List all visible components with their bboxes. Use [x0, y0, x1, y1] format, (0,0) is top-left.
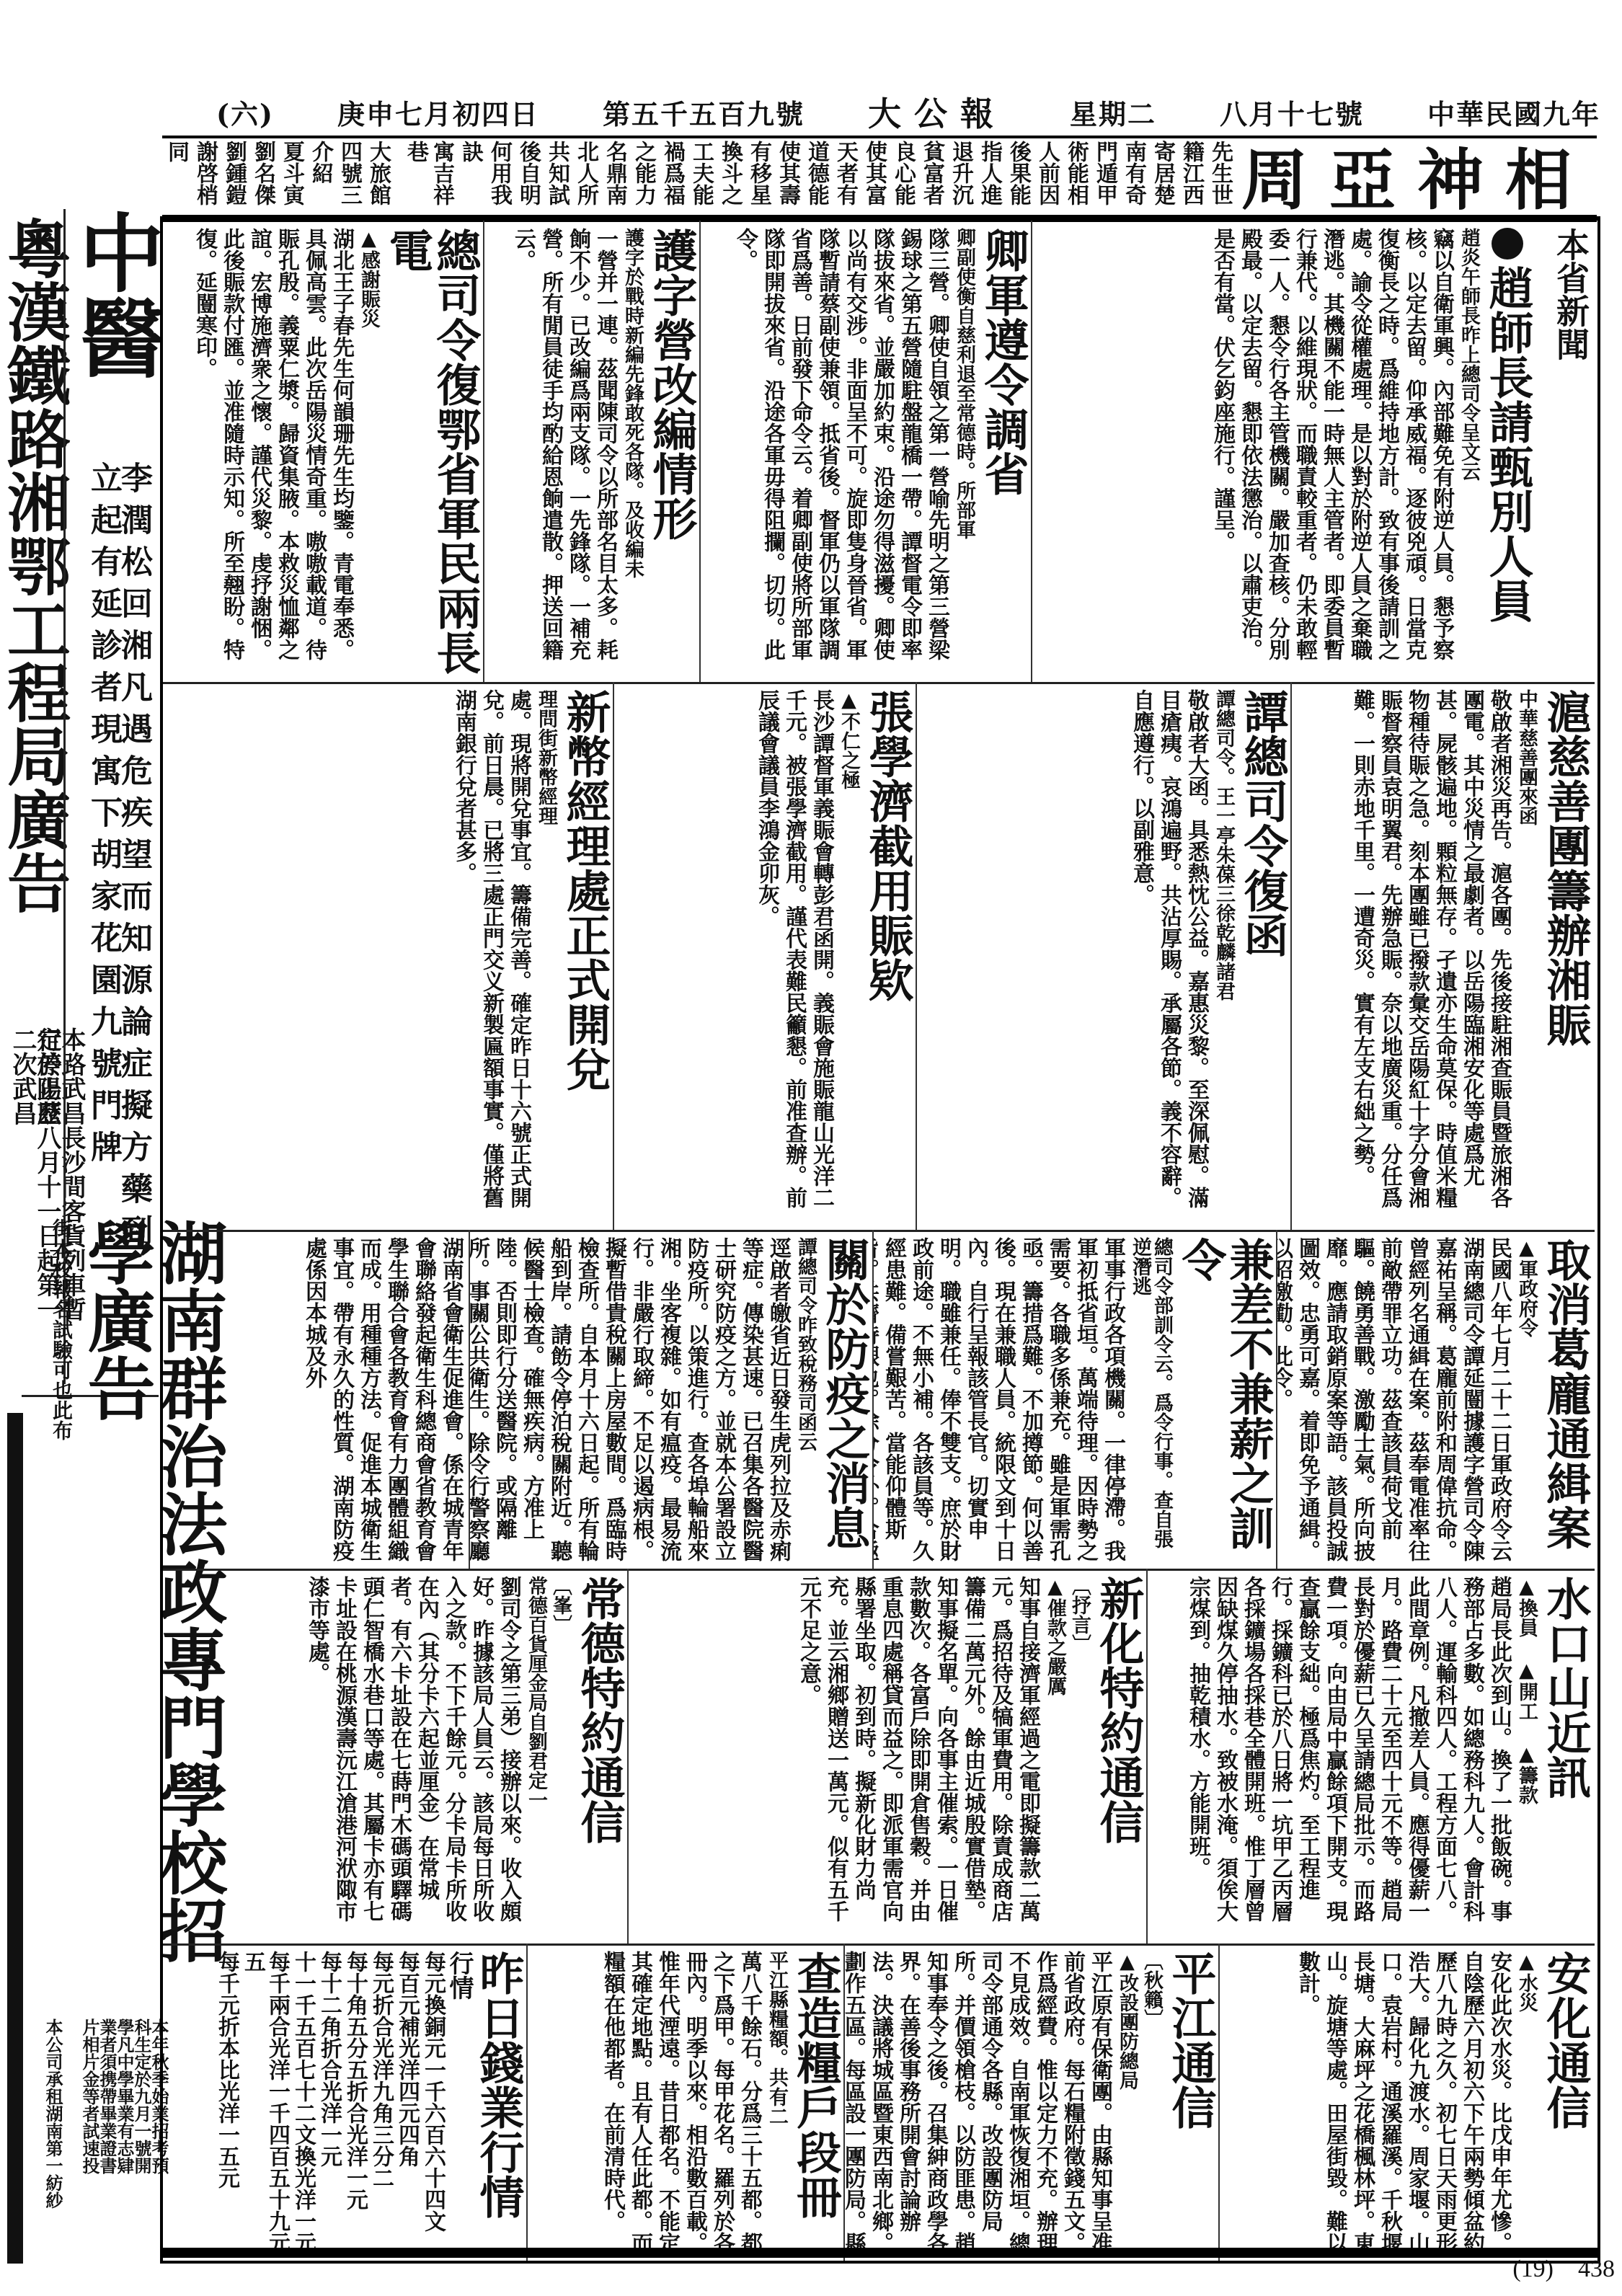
article-headline: 安化通信: [1541, 1951, 1589, 2253]
article-body: 湖南省會衛生促進會。係在城青年會聯絡發起衛生科總商會省教育會學生聯合會各教育會有…: [300, 1237, 464, 1561]
year: 中華民國九年: [1427, 92, 1600, 132]
article-subhead: ▲水災: [1515, 1951, 1537, 2253]
article-headline: 常德特約通信: [575, 1576, 623, 1936]
market-rates: 昨日錢業行情 行情 每元換銅元一千六百六十四文每百元補光洋四元四角每元折合光洋九…: [163, 1943, 528, 2261]
band-4: 水口山近訊 ▲換員 ▲開工 ▲籌款 趙局長此次到山。換了一批飯碗。事務部占多數。…: [163, 1569, 1595, 1946]
company-note: 本公司承租湖南第一紡紗: [43, 2018, 62, 2249]
issue-number: 第五千五百九號: [603, 92, 805, 132]
article-fangyi: 關於防疫之消息 譚總司令昨致稅務司函云 逕啟者皦省近日發生虎列拉及赤痢等症。傳染…: [470, 1230, 874, 1569]
weekday: 星期二: [1070, 92, 1156, 132]
article-body: 平江原有保衛團。由縣知事呈准前省政府。每石糧附徵錢五文。作爲經費。惟以定力不充。…: [845, 1951, 1113, 2253]
article-body: 知事自接濟軍經過之電即擬籌款二萬元。爲招待及犒軍費用。除責成商店籌備二萬元外。餘…: [794, 1576, 1041, 1936]
article-zhao: 趙師長請甄別人員 趙炎午師長昨上總司令呈文云 竊以自衛軍興。內部難免有附逆人員。…: [1032, 221, 1537, 682]
banner-title: 周亞神相: [1234, 141, 1600, 220]
solar-date: 八月十七號: [1220, 92, 1364, 132]
article-subhead: 理問街新幣經理: [535, 689, 557, 1223]
article-weisheng: 湖南省會衛生促進會。係在城青年會聯絡發起衛生科總商會省教育會學生聯合會各教育會有…: [163, 1230, 470, 1569]
article-cishan: 滬慈善團籌辦湘賑 中華慈善團來函 敬啟者湘災再告。滬各團。先後接駐湘查賑員暨旅湘…: [1292, 682, 1595, 1230]
article-subhead: ▲不仁之極: [838, 689, 859, 1223]
article-body: 敬啟者湘災再告。滬各團。先後接駐湘查賑員暨旅湘各團電。其中災情之最劇者。以岳陽臨…: [1348, 689, 1512, 1223]
article-headline: 新化特約通信: [1094, 1576, 1142, 1936]
article-tan: 譚總司令復函 譚總司令。王一亭朱葆三徐乾麟諸君 敬啟者大函。具悉熱忱公益。嘉惠災…: [917, 682, 1292, 1230]
article-zongsiling: 總司令復鄂省軍民兩長電 ▲感謝賑災 湖北王子春先生何韻珊先生均鑒。青電奉悉。具佩…: [163, 221, 484, 682]
masthead: 中華民國九年 八月十七號 星期二 大公報 第五千五百九號 庚申七月初四日 (六): [216, 94, 1600, 130]
article-body: 趙局長此次到山。換了一批飯碗。事務部占多數。如總務科九人。會計科八人。運輸科四人…: [1184, 1576, 1512, 1936]
article-subhead: 常德百貨厘金局自劉君定一: [525, 1576, 546, 1936]
article-subhead: 中華慈善團來函: [1515, 689, 1537, 1223]
folio-number: 438: [1578, 2256, 1615, 2282]
article-body: 一營并一連。茲聞陳司令以所部名目太多。耗餉不少。已改編爲兩支隊。一先鋒隊。一補充…: [509, 228, 619, 675]
article-jianchai: 兼差不兼薪之訓令 總司令部訓令云。爲令行事。查自張逆潛逃 軍事行政各項機關。一律…: [874, 1230, 1277, 1569]
article-headline: 趙師長請甄別人員: [1484, 228, 1531, 675]
article-headline: 卿軍遵令調省: [979, 228, 1027, 675]
article-headline: 關於防疫之消息: [820, 1237, 868, 1561]
article-headline: 兼差不兼薪之訓令: [1176, 1237, 1272, 1561]
article-qing: 卿軍遵令調省 卿副使衡自慈利退至常德時。所部軍 隊三營。卿使自領之第一營喻先明之…: [701, 221, 1032, 682]
article-subhead: 總司令部訓令云。爲令行事。查自張逆潛逃: [1129, 1237, 1172, 1561]
article-headline: 總司令復鄂省軍民兩長電: [384, 228, 479, 675]
article-body: 竊以自衛軍興。內部難免有附逆人員。懇予察核。以定去留。仰承威福。逐彼兇頑。日當克…: [1208, 228, 1455, 675]
article-body: 處。現將開兌事宜。籌備完善。確定昨日十六號正式開兌。前日晨。已將三處正門交义新製…: [450, 689, 532, 1223]
bottom-rule: [160, 2248, 1597, 2258]
market-rate-table: 每元換銅元一千六百六十四文每百元補光洋四元四角每元折合光洋九角三分二每十角五分五…: [213, 1951, 446, 2253]
article-byline: 〔峯〕: [549, 1576, 571, 1936]
article-subhead: ▲催款之嚴厲: [1044, 1576, 1065, 1936]
left-advertising-strip: 粵漢鐵路湘鄂工程局廣告 本路武昌長沙間客貨列車暫行停止茲 定於陽歷八月十一日起第…: [0, 202, 159, 2271]
article-headline: 譚總司令復函: [1238, 689, 1286, 1223]
article-byline: 〔秋籟〕: [1140, 1951, 1162, 2253]
banner-advertisement: 周亞神相 先生世籍江西寄居楚南有奇門遁甲術能相人前因後果能指人進退升沉貧富者良心…: [159, 141, 1600, 220]
article-subhead: 趙炎午師長昨上總司令呈文云: [1458, 228, 1479, 675]
article-headline: 水口山近訊: [1541, 1576, 1589, 1936]
article-headline: 查造糧戶段冊: [792, 1951, 839, 2253]
band-5: 安化通信 ▲水災 安化此次水災。比戊申年尤慘。自陰歷六月初六下午兩勢傾盆約歷八九…: [163, 1943, 1595, 2261]
article-body: 湖北王子春先生何韻珊先生均鑒。青電奉悉。具佩高雲。此次岳陽災情奇重。嗷嗷載道。待…: [190, 228, 355, 675]
folio-page: (19): [1512, 2256, 1554, 2282]
article-body: 軍事行政各項機關。一律停滯。我軍初抵省垣。萬端待理。因時勢之需要。各職多係兼充。…: [874, 1237, 1126, 1561]
strip-edge: [7, 1413, 23, 2264]
school-ad-note: 街本校報名試驗可也此布: [49, 1218, 74, 1507]
article-chazao: 查造糧戶段冊 平江縣糧額。共有二 萬八千餘石。分爲三十五都。都之下爲甲。每甲花名…: [528, 1943, 845, 2261]
strip-divider: [63, 209, 66, 1384]
article-subhead: ▲感謝賑災: [358, 228, 379, 675]
doctor-ad-title: 中醫: [72, 209, 157, 425]
article-subhead: 卿副使衡自慈利退至常德時。所部軍: [953, 228, 975, 675]
article-quxiao: 取消葛龐通緝案 ▲軍政府令 民國八年七月二十二日軍政府令云湖南總司令譚延闓據護字…: [1277, 1230, 1595, 1569]
article-headline: 滬慈善團籌辦湘賑: [1541, 689, 1589, 1223]
article-huzi: 護字營改編情形 護字於戰時新編先鋒敢死各隊。及收編未 一營并一連。茲聞陳司令以所…: [484, 221, 701, 682]
article-body: 萬八千餘石。分爲三十五都。都之下爲甲。每甲花名。羅列於各冊內。明季以來。相沿數百…: [598, 1951, 763, 2253]
banner-ad-text: 先生世籍江西寄居楚南有奇門遁甲術能相人前因後果能指人進退升沉貧富者良心能使其富天…: [161, 141, 1234, 218]
market-rate-label: 行情: [448, 1951, 470, 2253]
article-subhead: ▲改設團防總局: [1116, 1951, 1138, 2253]
masthead-rule: [162, 136, 1597, 138]
lunar-date: 庚申七月初四日: [337, 92, 539, 132]
school-ad-body: 本年秋季始業招考預科生定於九月一號開學凡中學畢業有志肄業者須携帶畢業證書片相片金…: [81, 2018, 167, 2235]
market-headline: 昨日錢業行情: [474, 1951, 522, 2253]
article-headline: 張學濟截用賑欵: [864, 689, 911, 1223]
band-1: 本省新聞 趙師長請甄別人員 趙炎午師長昨上總司令呈文云 竊以自衛軍興。內部難免有…: [163, 221, 1595, 684]
article-xinhua: 新化特約通信 〔抒言〕 ▲催款之嚴厲 知事自接濟軍經過之電即擬籌款二萬元。爲招待…: [629, 1569, 1148, 1943]
article-body: 隊三營。卿使自領之第一營喻先明之第三營梁錫球之第五營隨駐盤龍橋一帶。譚督電令即率…: [731, 228, 950, 675]
article-subhead: ▲換員 ▲開工 ▲籌款: [1515, 1576, 1537, 1936]
railway-ad-title: 粵漢鐵路湘鄂工程局廣告: [1, 216, 68, 1009]
band-2: 滬慈善團籌辦湘賑 中華慈善團來函 敬啟者湘災再告。滬各團。先後接駐湘查賑員暨旅湘…: [163, 682, 1595, 1232]
article-headline: 平江通信: [1166, 1951, 1214, 2253]
article-body: 劉司令之第三弟）接辦以來。收入頗好。昨據該局人員云。該局每日所收入之款。不下千餘…: [303, 1576, 522, 1936]
paper-name: 大公報: [868, 88, 1006, 136]
article-subhead: ▲軍政府令: [1515, 1237, 1537, 1561]
band-3: 取消葛龐通緝案 ▲軍政府令 民國八年七月二十二日軍政府令云湖南總司令譚延闓據護字…: [163, 1230, 1595, 1571]
section-label: 本省新聞: [1537, 221, 1595, 682]
article-pingjiang: 平江通信 〔秋籟〕 ▲改設團防總局 平江原有保衛團。由縣知事呈准前省政府。每石糧…: [845, 1943, 1220, 2261]
article-subhead: 護字於戰時新編先鋒敢死各隊。及收編未: [621, 228, 643, 675]
article-changde: 常德特約通信 〔峯〕 常德百貨厘金局自劉君定一 劉司令之第三弟）接辦以來。收入頗…: [163, 1569, 629, 1943]
article-subhead: 譚總司令昨致稅務司函云: [794, 1237, 816, 1561]
doctor-ad-body-2: 立起有延診者現寓下胡家花園九號門牌: [85, 461, 121, 1312]
article-headline: 護字營改編情形: [647, 228, 695, 675]
article-body: 長沙譚督軍義賑會轉彭君函開。義賑會施賑龍山光洋二千元。被張學濟截用。謹代表難民籲…: [753, 689, 835, 1223]
article-shuikou: 水口山近訊 ▲換員 ▲開工 ▲籌款 趙局長此次到山。換了一批飯碗。事務部占多數。…: [1148, 1569, 1595, 1943]
article-subhead: 譚總司令。王一亭朱葆三徐乾麟諸君: [1213, 689, 1234, 1223]
page-folio: (19) 438: [1512, 2256, 1615, 2283]
article-subhead: 平江縣糧額。共有二: [766, 1951, 787, 2253]
article-body: 敬啟者大函。具悉熱忱公益。嘉惠災黎。至深佩慰。滿目瘡痍。哀鴻遍野。共沾厚賜。承屬…: [1127, 689, 1210, 1223]
article-body: 安化此次水災。比戊申年尤慘。自陰歷六月初六下午兩勢傾盆約歷八九時之久。初七日天雨…: [1293, 1951, 1512, 2253]
article-body: 民國八年七月二十二日軍政府令云湖南總司令譚延闓據護字營司令陳嘉祐呈稱。葛龐前附和…: [1277, 1237, 1512, 1561]
article-headline: 取消葛龐通緝案: [1541, 1237, 1589, 1561]
article-byline: 〔抒言〕: [1068, 1576, 1090, 1936]
article-anhua: 安化通信 ▲水災 安化此次水災。比戊申年尤慘。自陰歷六月初六下午兩勢傾盆約歷八九…: [1220, 1943, 1595, 2261]
article-zhang: 張學濟截用賑欵 ▲不仁之極 長沙譚督軍義賑會轉彭君函開。義賑會施賑龍山光洋二千元…: [614, 682, 917, 1230]
article-xinbi: 新幣經理處正式開兌 理問街新幣經理 處。現將開兌事宜。籌備完善。確定昨日十六號正…: [163, 682, 614, 1230]
article-headline: 新幣經理處正式開兌: [561, 689, 608, 1223]
article-body: 逕啟者皦省近日發生虎列拉及赤痢等症。傳染甚速。已召集各醫院醫士研究防疫之方。並就…: [470, 1237, 792, 1561]
page-marker: (六): [216, 92, 274, 132]
